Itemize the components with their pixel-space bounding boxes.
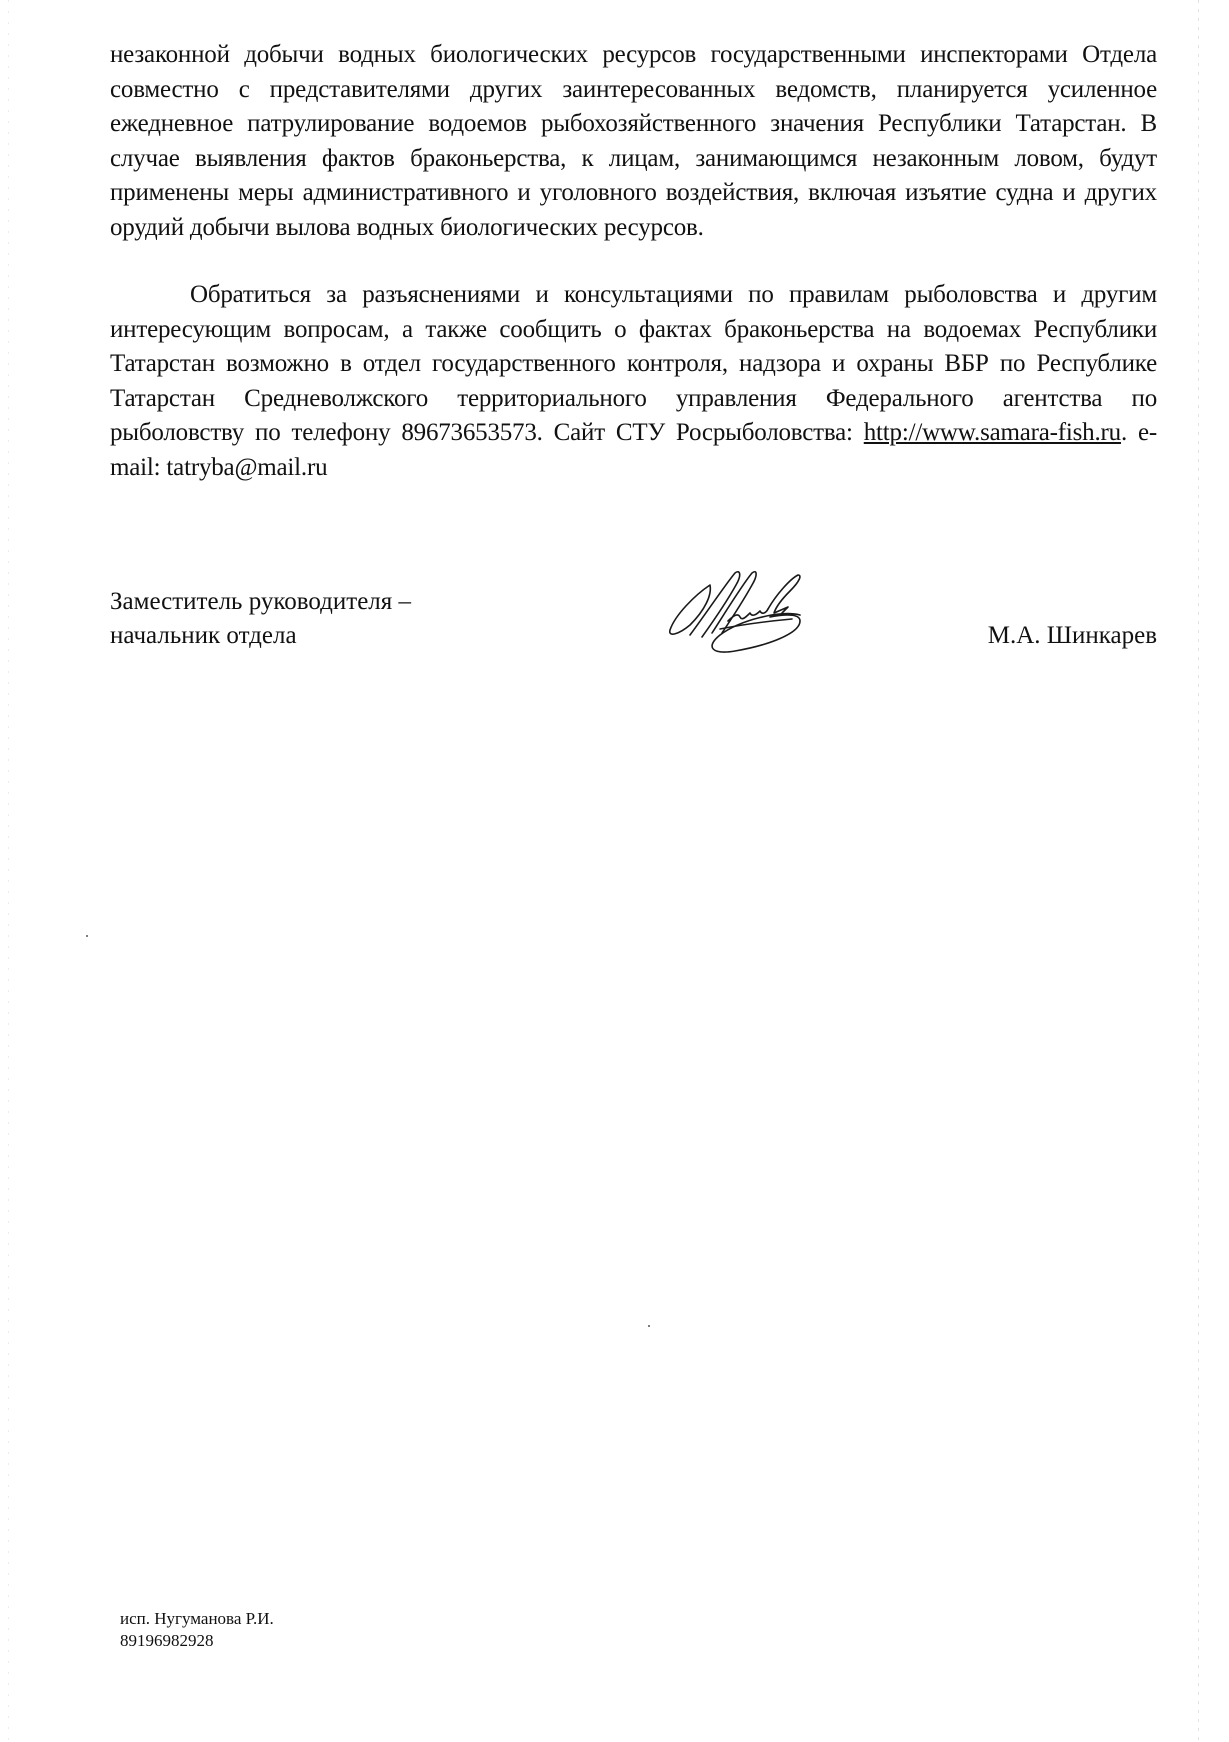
scan-speck	[648, 1325, 650, 1327]
signatory-position-line-2: начальник отдела	[110, 619, 411, 653]
signatory-position-line-1: Заместитель руководителя –	[110, 585, 411, 619]
scan-edge-right	[1198, 0, 1199, 1742]
signature-block: Заместитель руководителя – начальник отд…	[110, 585, 1157, 665]
scan-edge-left	[8, 0, 9, 1742]
paragraph-patrol-measures: незаконной добычи водных биологических р…	[110, 38, 1157, 245]
scan-speck	[86, 935, 88, 937]
executor-info: исп. Нугуманова Р.И. 89196982928	[120, 1608, 274, 1652]
paragraph-contact-info: Обратиться за разъяснениями и консультац…	[110, 278, 1157, 485]
paragraph-1-text: незаконной добычи водных биологических р…	[110, 38, 1157, 245]
handwritten-signature-icon	[650, 555, 850, 675]
signatory-name: М.А. Шинкарев	[988, 619, 1157, 653]
paragraph-2: Обратиться за разъяснениями и консультац…	[110, 278, 1157, 485]
executor-name: исп. Нугуманова Р.И.	[120, 1608, 274, 1630]
document-page: незаконной добычи водных биологических р…	[0, 0, 1229, 1742]
website-link[interactable]: http://www.samara-fish.ru	[864, 419, 1121, 446]
executor-phone: 89196982928	[120, 1630, 274, 1652]
signatory-position: Заместитель руководителя – начальник отд…	[110, 585, 411, 653]
